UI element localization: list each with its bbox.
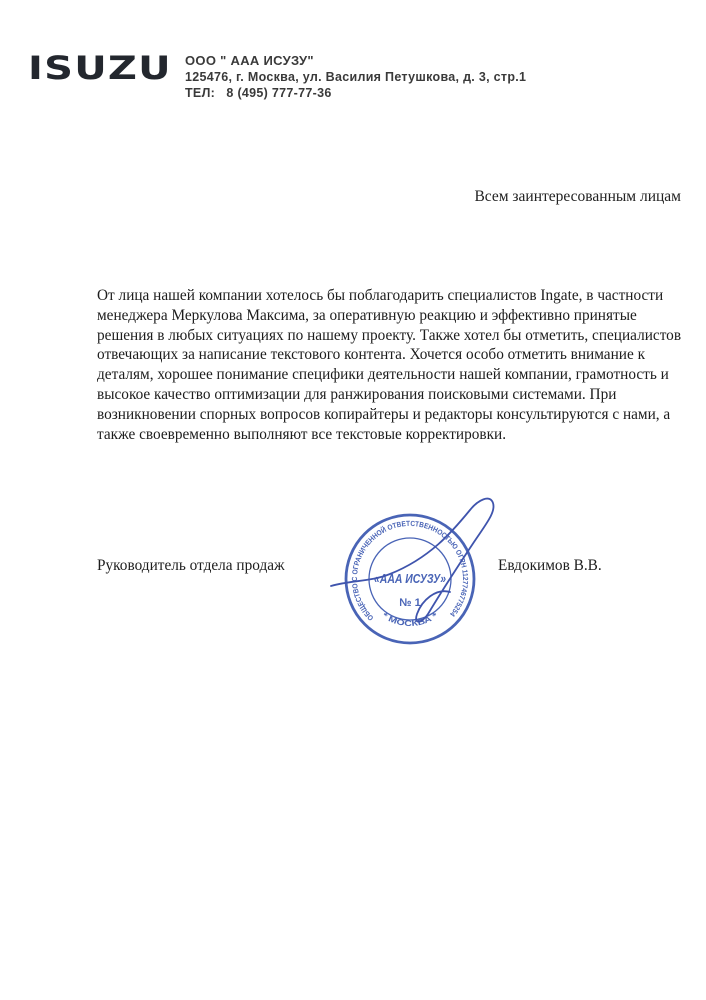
company-name: ООО " ААА ИСУЗУ" <box>185 53 526 69</box>
company-phone: ТЕЛ: 8 (495) 777-77-36 <box>185 85 526 101</box>
body-line: возникновении спорных вопросов копирайте… <box>97 405 672 425</box>
isuzu-logo: ISUZU <box>28 52 172 84</box>
body-line: От лица нашей компании хотелось бы побла… <box>97 286 672 306</box>
body-line: отвечающих за написание текстового конте… <box>97 345 672 365</box>
body-line: деталям, хорошее понимание специфики дея… <box>97 365 672 385</box>
signature-stroke <box>331 499 494 622</box>
body-line: решения в любых ситуациях по нашему прое… <box>97 326 672 346</box>
body-line: также своевременно выполняют все текстов… <box>97 425 672 445</box>
company-header: ООО " ААА ИСУЗУ" 125476, г. Москва, ул. … <box>185 53 526 101</box>
letter-page: ISUZU ООО " ААА ИСУЗУ" 125476, г. Москва… <box>0 0 706 1000</box>
letter-body: От лица нашей компании хотелось бы побла… <box>97 286 672 444</box>
company-address: 125476, г. Москва, ул. Василия Петушкова… <box>185 69 526 85</box>
recipient-line: Всем заинтересованным лицам <box>474 188 681 206</box>
body-line: менеджера Меркулова Максима, за оператив… <box>97 306 672 326</box>
signer-position-title: Руководитель отдела продаж <box>97 557 285 575</box>
handwritten-signature <box>318 488 518 638</box>
body-line: высокое качество оптимизации для ранжиро… <box>97 385 672 405</box>
